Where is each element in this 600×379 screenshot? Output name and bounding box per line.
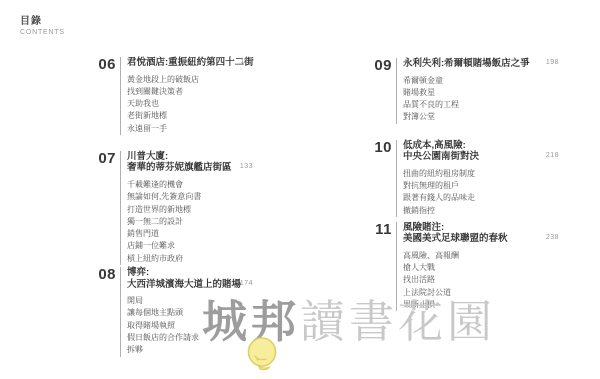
chapter-title-line: 低成本,高風險: (403, 140, 559, 152)
chapter-entry-08: 08 博弈: 大西洋城濱海大道上的賭場 174 開局 讓每個地主點頭 取得賭場執… (96, 267, 253, 356)
toc-subitem: 扭曲的紐約租房制度 (403, 168, 559, 180)
chapter-title: 風險賭注: 美國美式足球聯盟的春秋 238 (403, 222, 559, 245)
toc-subitem: 店鋪一位難求 (127, 240, 253, 252)
toc-subitem: 上法院討公道 (403, 287, 559, 299)
toc-subitem: 賭場救星 (403, 87, 559, 99)
toc-subitem: 找出活路 (403, 274, 559, 286)
chapter-title-line: 風險賭注: (403, 222, 559, 234)
chapter-title-line: 博弈: (127, 267, 253, 279)
toc-subitem: 品質不良的工程 (403, 99, 559, 111)
page-number: 174 (240, 278, 253, 290)
chapter-entry-10: 10 低成本,高風險: 中央公園南街對決 218 扭曲的紐約租房制度 對抗無理的… (372, 140, 559, 217)
chapter-title: 低成本,高風險: 中央公園南街對決 218 (403, 140, 559, 163)
chapter-title-line: 美國美式足球聯盟的春秋 (403, 233, 559, 245)
toc-subitem: 天助我也 (127, 98, 253, 110)
chapter-number: 11 (372, 223, 396, 237)
chapter-subitems: 希爾頓金童 賭場救星 品質不良的工程 對簿公堂 (403, 75, 559, 124)
toc-subitem: 跟著有錢人的品味走 (403, 192, 559, 204)
toc-subitem: 讓每個地主點頭 (127, 307, 253, 319)
toc-title: 目錄 (20, 12, 65, 27)
chapter-number: 06 (96, 58, 120, 72)
chapter-entry-06: 06 君悅酒店:重振紐約第四十二街 112 黃金地段上的破飯店 找到關鍵決策者 … (96, 57, 253, 135)
toc-subitem: 開局 (127, 295, 253, 307)
page-number: 133 (240, 161, 253, 173)
page-number: 238 (546, 232, 559, 244)
toc-subitem: 對簿公堂 (403, 111, 559, 123)
page-number: 218 (546, 150, 559, 162)
chapter-subitems: 高風險、高報酬 搶人大戰 找出活路 上法院討公道 果斷止損 (403, 250, 559, 311)
toc-subitem: 槓上紐約市政府 (127, 253, 253, 265)
chapter-title: 永利失利:希爾頓賭場飯店之爭 198 (403, 58, 559, 70)
chapter-body: 低成本,高風險: 中央公園南街對決 218 扭曲的紐約租房制度 對抗無理的租戶 … (396, 140, 559, 217)
chapter-title-line: 永利失利:希爾頓賭場飯店之爭 (403, 58, 559, 70)
toc-subitem: 果斷止損 (403, 299, 559, 311)
chapter-entry-09: 09 永利失利:希爾頓賭場飯店之爭 198 希爾頓金童 賭場救星 品質不良的工程… (372, 58, 559, 124)
chapter-subitems: 千載難逢的機會 無論如何,先簽意向書 打造世界的新地標 獨一無二的設計 銷售門道… (127, 179, 253, 265)
chapter-title: 君悅酒店:重振紐約第四十二街 112 (127, 57, 253, 69)
toc-subitem: 假日飯店的合作請求 (127, 332, 253, 344)
toc-subitem: 打造世界的新地標 (127, 204, 253, 216)
toc-subitem: 永遠留一手 (127, 123, 253, 135)
chapter-number: 09 (372, 59, 396, 73)
chapter-title: 川普大廈: 奢華的蒂芬妮旗艦店街區 133 (127, 151, 253, 174)
toc-subitem: 無論如何,先簽意向書 (127, 191, 253, 203)
toc-subtitle: CONTENTS (20, 29, 65, 36)
chapter-number: 10 (372, 141, 396, 155)
toc-subitem: 千載難逢的機會 (127, 179, 253, 191)
chapter-title-line: 奢華的蒂芬妮旗艦店街區 (127, 162, 253, 174)
yellow-chick-icon (246, 336, 280, 372)
toc-subitem: 搶人大戰 (403, 262, 559, 274)
chapter-subitems: 扭曲的紐約租房制度 對抗無理的租戶 跟著有錢人的品味走 撤銷指控 (403, 168, 559, 217)
toc-subitem: 獨一無二的設計 (127, 216, 253, 228)
toc-subitem: 希爾頓金童 (403, 75, 559, 87)
chapter-number: 08 (96, 268, 120, 282)
toc-subitem: 找到關鍵決策者 (127, 86, 253, 98)
chapter-subitems: 黃金地段上的破飯店 找到關鍵決策者 天助我也 老街新地標 永遠留一手 (127, 74, 253, 135)
chapter-title-line: 中央公園南街對決 (403, 151, 559, 163)
chapter-title: 博弈: 大西洋城濱海大道上的賭場 174 (127, 267, 253, 290)
chapter-body: 博弈: 大西洋城濱海大道上的賭場 174 開局 讓每個地主點頭 取得賭場執照 假… (120, 267, 253, 356)
chapter-body: 川普大廈: 奢華的蒂芬妮旗艦店街區 133 千載難逢的機會 無論如何,先簽意向書… (120, 151, 253, 265)
toc-subitem: 高風險、高報酬 (403, 250, 559, 262)
toc-subitem: 老街新地標 (127, 110, 253, 122)
chapter-title-line: 川普大廈: (127, 151, 253, 163)
chapter-title-line: 大西洋城濱海大道上的賭場 (127, 279, 253, 291)
page-number: 112 (240, 56, 253, 68)
chapter-body: 永利失利:希爾頓賭場飯店之爭 198 希爾頓金童 賭場救星 品質不良的工程 對簿… (396, 58, 559, 124)
toc-subitem: 取得賭場執照 (127, 320, 253, 332)
chapter-subitems: 開局 讓每個地主點頭 取得賭場執照 假日飯店的合作請求 拆夥 (127, 295, 253, 356)
chapter-entry-07: 07 川普大廈: 奢華的蒂芬妮旗艦店街區 133 千載難逢的機會 無論如何,先簽… (96, 151, 253, 265)
chapter-body: 君悅酒店:重振紐約第四十二街 112 黃金地段上的破飯店 找到關鍵決策者 天助我… (120, 57, 253, 135)
chapter-title-line: 君悅酒店:重振紐約第四十二街 (127, 57, 253, 69)
toc-subitem: 銷售門道 (127, 228, 253, 240)
chapter-number: 07 (96, 152, 120, 166)
page-number: 198 (546, 57, 559, 69)
toc-subitem: 拆夥 (127, 344, 253, 356)
page-header: 目錄 CONTENTS (20, 12, 65, 36)
toc-column-right: 09 永利失利:希爾頓賭場飯店之爭 198 希爾頓金童 賭場救星 品質不良的工程… (372, 58, 559, 311)
chapter-body: 風險賭注: 美國美式足球聯盟的春秋 238 高風險、高報酬 搶人大戰 找出活路 … (396, 222, 559, 311)
toc-subitem: 黃金地段上的破飯店 (127, 74, 253, 86)
chapter-entry-11: 11 風險賭注: 美國美式足球聯盟的春秋 238 高風險、高報酬 搶人大戰 找出… (372, 222, 559, 311)
toc-subitem: 撤銷指控 (403, 205, 559, 217)
toc-subitem: 對抗無理的租戶 (403, 180, 559, 192)
toc-column-left: 06 君悅酒店:重振紐約第四十二街 112 黃金地段上的破飯店 找到關鍵決策者 … (96, 57, 253, 357)
